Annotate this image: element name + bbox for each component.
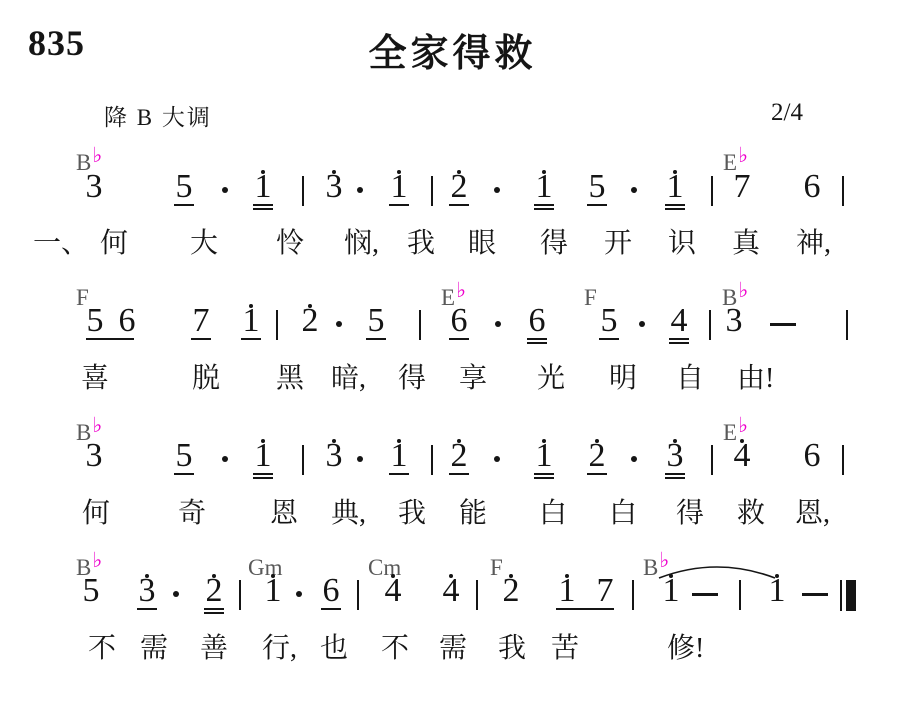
- octave-dot: [542, 439, 546, 443]
- note: 5: [172, 170, 196, 204]
- note: 1: [532, 170, 556, 204]
- note-digit: 6: [119, 302, 136, 339]
- note-digit: 5: [87, 302, 104, 339]
- flat-icon: ♭: [738, 413, 748, 437]
- lyric-syllable: 恩,: [795, 499, 830, 529]
- augmentation-dot: [357, 187, 363, 193]
- augmentation-dot: [494, 456, 500, 462]
- lyric-syllable: 白: [539, 499, 567, 529]
- lyric-syllable: 行,: [262, 634, 297, 664]
- octave-dot: [509, 574, 513, 578]
- lyric-syllable: 怜: [276, 229, 304, 259]
- lyric-syllable: 悯,: [344, 229, 379, 259]
- lyric-syllable: 一、: [33, 229, 89, 259]
- octave-dot: [673, 439, 677, 443]
- note: 6: [800, 439, 824, 473]
- lyric-syllable: 得: [398, 364, 426, 394]
- note: 3: [322, 439, 346, 473]
- note: 5: [597, 304, 621, 338]
- octave-dot: [669, 574, 673, 578]
- note-digit: 3: [86, 168, 103, 205]
- flat-icon: ♭: [738, 278, 748, 302]
- flat-icon: ♭: [92, 143, 102, 167]
- sixteenth-underline: [527, 342, 547, 344]
- note: 1: [532, 439, 556, 473]
- eighth-underline: [534, 473, 554, 475]
- note: 5: [585, 170, 609, 204]
- note: 1: [387, 439, 411, 473]
- note: 1: [555, 574, 579, 608]
- augmentation-dot: [631, 187, 637, 193]
- lyric-syllable: 光: [537, 364, 565, 394]
- note: 2: [202, 574, 226, 608]
- note-digit: 7: [597, 572, 614, 609]
- eighth-underline: [241, 338, 261, 340]
- lyric-syllable: 得: [540, 229, 568, 259]
- half-note-dash: [770, 323, 796, 326]
- note: 1: [251, 439, 275, 473]
- lyric-syllable: 得: [676, 499, 704, 529]
- octave-dot: [332, 439, 336, 443]
- barline: [431, 176, 433, 206]
- note: 7: [189, 304, 213, 338]
- augmentation-dot: [631, 456, 637, 462]
- shared-underline: [556, 608, 614, 610]
- lyric-syllable: 救: [737, 499, 765, 529]
- lyric-syllable: 我: [498, 634, 526, 664]
- note: 2: [499, 574, 523, 608]
- barline: [709, 310, 711, 340]
- octave-dot: [673, 170, 677, 174]
- note: 6: [800, 170, 824, 204]
- eighth-underline: [174, 473, 194, 475]
- eighth-underline: [253, 473, 273, 475]
- flat-icon: ♭: [738, 143, 748, 167]
- flat-icon: ♭: [92, 413, 102, 437]
- sixteenth-underline: [665, 208, 685, 210]
- note: 2: [447, 170, 471, 204]
- note: 1: [663, 170, 687, 204]
- lyric-syllable: 眼: [468, 229, 496, 259]
- octave-dot: [261, 170, 265, 174]
- page-title: 全家得救: [0, 22, 905, 77]
- lyric-syllable: 不: [381, 634, 409, 664]
- lyric-syllable: 神,: [796, 229, 831, 259]
- note-digit: 6: [804, 168, 821, 205]
- note: 4: [439, 574, 463, 608]
- note-digit: 6: [804, 437, 821, 474]
- note: 7: [730, 170, 754, 204]
- lyric-syllable: 暗,: [331, 364, 366, 394]
- note: 3: [135, 574, 159, 608]
- note-digit: 6: [529, 302, 546, 339]
- time-signature: 2/4: [771, 99, 803, 127]
- eighth-underline: [665, 473, 685, 475]
- half-note-dash: [692, 593, 718, 596]
- note: 4: [667, 304, 691, 338]
- eighth-underline: [665, 204, 685, 206]
- lyric-syllable: 善: [200, 634, 228, 664]
- eighth-underline: [599, 338, 619, 340]
- octave-dot: [391, 574, 395, 578]
- octave-dot: [740, 439, 744, 443]
- sixteenth-underline: [253, 477, 273, 479]
- note: 2: [298, 304, 322, 338]
- lyric-syllable: 明: [609, 364, 637, 394]
- eighth-underline: [534, 204, 554, 206]
- augmentation-dot: [222, 187, 228, 193]
- octave-dot: [565, 574, 569, 578]
- lyric-syllable: 能: [459, 499, 487, 529]
- lyric-syllable: 恩: [270, 499, 298, 529]
- shared-underline: [86, 338, 134, 340]
- augmentation-dot: [639, 321, 645, 327]
- eighth-underline: [366, 338, 386, 340]
- eighth-underline: [449, 338, 469, 340]
- eighth-underline: [137, 608, 157, 610]
- octave-dot: [542, 170, 546, 174]
- sixteenth-underline: [534, 477, 554, 479]
- barline: [302, 445, 304, 475]
- lyric-syllable: 脱: [192, 364, 220, 394]
- note-digit: 6: [323, 572, 340, 609]
- note: 3: [82, 439, 106, 473]
- barline: [842, 176, 844, 206]
- octave-dot: [449, 574, 453, 578]
- eighth-underline: [389, 204, 409, 206]
- note: 5: [83, 304, 107, 338]
- lyric-syllable: 典,: [331, 499, 366, 529]
- hymn-sheet-page: 835 全家得救 降 B 大调 2/4 B♭E♭35131215176一、何大怜…: [0, 0, 905, 706]
- note: 7: [593, 574, 617, 608]
- octave-dot: [397, 439, 401, 443]
- octave-dot: [397, 170, 401, 174]
- augmentation-dot: [222, 456, 228, 462]
- note: 6: [525, 304, 549, 338]
- octave-dot: [595, 439, 599, 443]
- lyric-syllable: 何: [82, 499, 110, 529]
- eighth-underline: [191, 338, 211, 340]
- eighth-underline: [321, 608, 341, 610]
- octave-dot: [271, 574, 275, 578]
- eighth-underline: [174, 204, 194, 206]
- lyric-syllable: 黑: [276, 364, 304, 394]
- lyric-syllable: 大: [190, 229, 218, 259]
- half-note-dash: [802, 593, 828, 596]
- note: 6: [447, 304, 471, 338]
- octave-dot: [249, 304, 253, 308]
- augmentation-dot: [494, 187, 500, 193]
- final-barline-thin: [840, 580, 842, 611]
- lyric-syllable: 也: [320, 634, 348, 664]
- eighth-underline: [449, 473, 469, 475]
- lyric-syllable: 需: [439, 634, 467, 664]
- octave-dot: [145, 574, 149, 578]
- note: 4: [730, 439, 754, 473]
- note-digit: 6: [451, 302, 468, 339]
- augmentation-dot: [336, 321, 342, 327]
- note-digit: 5: [83, 572, 100, 609]
- sixteenth-underline: [665, 477, 685, 479]
- eighth-underline: [449, 204, 469, 206]
- barline: [846, 310, 848, 340]
- note: 5: [364, 304, 388, 338]
- note: 2: [585, 439, 609, 473]
- lyric-syllable: 修!: [667, 634, 704, 664]
- chord-root: B: [643, 555, 658, 580]
- eighth-underline: [527, 338, 547, 340]
- note: 6: [115, 304, 139, 338]
- octave-dot: [457, 170, 461, 174]
- flat-icon: ♭: [456, 278, 466, 302]
- final-barline: [840, 580, 858, 611]
- chord-root: F: [584, 285, 597, 310]
- octave-dot: [212, 574, 216, 578]
- flat-icon: ♭: [92, 548, 102, 572]
- note-digit: 7: [734, 168, 751, 205]
- note-digit: 5: [176, 437, 193, 474]
- lyric-syllable: 享: [459, 364, 487, 394]
- octave-dot: [457, 439, 461, 443]
- sixteenth-underline: [534, 208, 554, 210]
- note: 1: [261, 574, 285, 608]
- note-digit: 5: [601, 302, 618, 339]
- lyric-syllable: 开: [604, 229, 632, 259]
- note: 5: [172, 439, 196, 473]
- lyric-syllable: 奇: [178, 499, 206, 529]
- augmentation-dot: [173, 591, 179, 597]
- lyric-syllable: 白: [609, 499, 637, 529]
- barline: [357, 580, 359, 610]
- eighth-underline: [587, 204, 607, 206]
- barline: [239, 580, 241, 610]
- barline: [739, 580, 741, 610]
- note: 2: [447, 439, 471, 473]
- barline: [276, 310, 278, 340]
- barline: [711, 445, 713, 475]
- key-signature-label: 降 B 大调: [104, 99, 212, 132]
- note: 5: [79, 574, 103, 608]
- eighth-underline: [204, 608, 224, 610]
- lyric-syllable: 由!: [737, 364, 774, 394]
- barline: [632, 580, 634, 610]
- note: 1: [387, 170, 411, 204]
- sixteenth-underline: [204, 612, 224, 614]
- note-digit: 3: [86, 437, 103, 474]
- eighth-underline: [389, 473, 409, 475]
- barline: [842, 445, 844, 475]
- octave-dot: [308, 304, 312, 308]
- note-digit: 3: [726, 302, 743, 339]
- augmentation-dot: [495, 321, 501, 327]
- barline: [476, 580, 478, 610]
- final-barline-thick: [846, 580, 856, 611]
- barline: [419, 310, 421, 340]
- note: 3: [722, 304, 746, 338]
- lyric-syllable: 何: [100, 229, 128, 259]
- note: 3: [322, 170, 346, 204]
- note-digit: 5: [368, 302, 385, 339]
- note: 1: [239, 304, 263, 338]
- lyric-syllable: 我: [407, 229, 435, 259]
- augmentation-dot: [296, 591, 302, 597]
- note-digit: 7: [193, 302, 210, 339]
- lyric-syllable: 真: [732, 229, 760, 259]
- lyric-syllable: 苦: [551, 634, 579, 664]
- octave-dot: [332, 170, 336, 174]
- lyric-syllable: 识: [668, 229, 696, 259]
- lyric-syllable: 自: [676, 364, 704, 394]
- barline: [302, 176, 304, 206]
- note: 6: [319, 574, 343, 608]
- note-digit: 4: [671, 302, 688, 339]
- chord-symbol: F: [584, 287, 597, 309]
- sixteenth-underline: [669, 342, 689, 344]
- note: 3: [82, 170, 106, 204]
- note: 4: [381, 574, 405, 608]
- lyric-syllable: 需: [140, 634, 168, 664]
- note-digit: 5: [176, 168, 193, 205]
- augmentation-dot: [357, 456, 363, 462]
- eighth-underline: [669, 338, 689, 340]
- note: 1: [251, 170, 275, 204]
- octave-dot: [775, 574, 779, 578]
- note: 1: [765, 574, 789, 608]
- sixteenth-underline: [253, 208, 273, 210]
- octave-dot: [261, 439, 265, 443]
- eighth-underline: [253, 204, 273, 206]
- lyric-syllable: 我: [398, 499, 426, 529]
- note: 3: [663, 439, 687, 473]
- eighth-underline: [587, 473, 607, 475]
- note: 1: [659, 574, 683, 608]
- barline: [431, 445, 433, 475]
- note-digit: 5: [589, 168, 606, 205]
- barline: [711, 176, 713, 206]
- lyric-syllable: 不: [88, 634, 116, 664]
- lyric-syllable: 喜: [81, 364, 109, 394]
